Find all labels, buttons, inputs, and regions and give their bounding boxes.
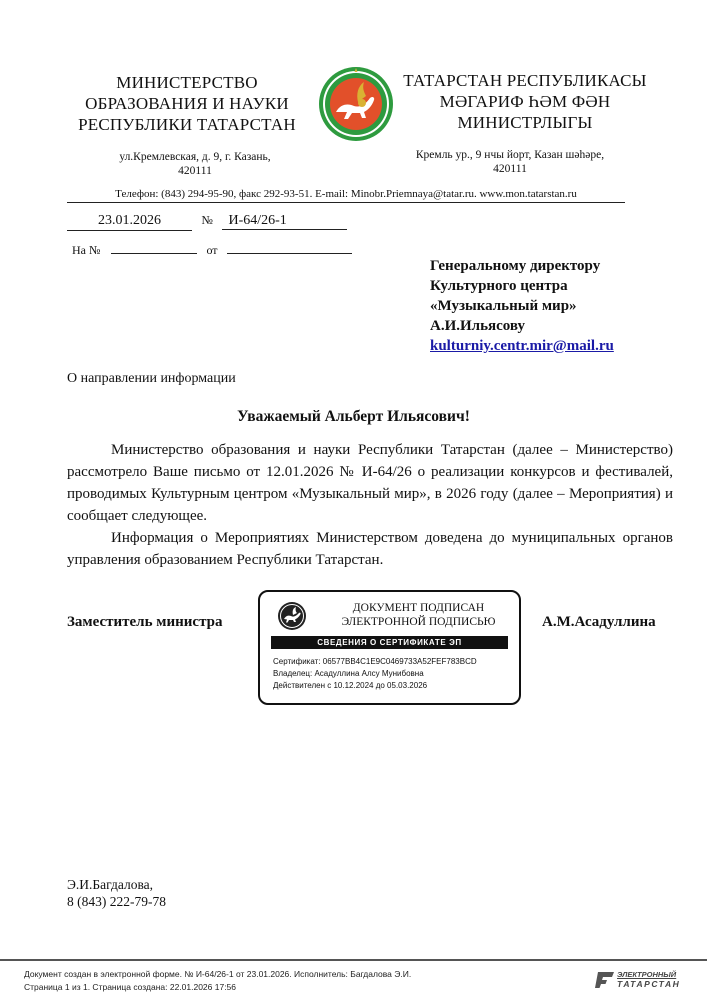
- stamp-heading: ДОКУМЕНТ ПОДПИСАН ЭЛЕКТРОННОЙ ПОДПИСЬЮ: [326, 601, 511, 629]
- address-tt-zip: 420111: [395, 162, 625, 176]
- electronic-signature-stamp: ДОКУМЕНТ ПОДПИСАН ЭЛЕКТРОННОЙ ПОДПИСЬЮ С…: [258, 590, 521, 705]
- address-ru-street: ул.Кремлевская, д. 9, г. Казань,: [90, 150, 300, 164]
- footer-line-2: Страница 1 из 1. Страница создана: 22.01…: [24, 981, 411, 994]
- executor-name: Э.И.Багдалова,: [67, 876, 166, 893]
- ministry-ru-line-3: РЕСПУБЛИКИ ТАТАРСТАН: [62, 114, 312, 135]
- addressee-name: А.И.Ильясову: [430, 316, 614, 336]
- logo-text-bottom: ТАТАРСТАН: [617, 979, 680, 989]
- signer-name: А.М.Асадуллина: [542, 614, 656, 631]
- footer-info: Документ создан в электронной форме. № И…: [24, 968, 411, 994]
- address-tt-street: Кремль ур., 9 нчы йорт, Казан шәһәре,: [395, 148, 625, 162]
- address-tt: Кремль ур., 9 нчы йорт, Казан шәһәре, 42…: [395, 148, 625, 176]
- address-ru-zip: 420111: [90, 164, 300, 178]
- stamp-heading-line-1: ДОКУМЕНТ ПОДПИСАН: [326, 601, 511, 615]
- ministry-ru-line-1: МИНИСТЕРСТВО: [62, 72, 312, 93]
- ministry-tt-line-3: МИНИСТРЛЫГЫ: [400, 112, 650, 133]
- logo-text-top: ЭЛЕКТРОННЫЙ: [617, 970, 676, 979]
- letter-body: Министерство образования и науки Республ…: [67, 439, 673, 571]
- registration-number: И-64/26-1: [222, 213, 347, 230]
- reply-number-field: [111, 240, 197, 254]
- ministry-tt-line-2: МӘГАРИФ ҺӘМ ФӘН: [400, 91, 650, 112]
- reply-from-label: от: [206, 243, 217, 257]
- tatarstan-emblem-icon: [318, 66, 394, 142]
- footer-divider: [0, 959, 707, 961]
- reply-number-label: На №: [72, 243, 100, 257]
- ministry-tt-line-1: ТАТАРСТАН РЕСПУБЛИКАСЫ: [400, 70, 650, 91]
- reply-row: На № от: [72, 240, 352, 258]
- reply-date-field: [227, 240, 352, 254]
- body-paragraph-2: Информация о Мероприятиях Министерством …: [67, 527, 673, 571]
- stamp-emblem-icon: [277, 601, 307, 631]
- number-label: №: [202, 213, 213, 227]
- addressee-email-link[interactable]: kulturniy.centr.mir@mail.ru: [430, 338, 614, 354]
- greeting: Уважаемый Альберт Ильясович!: [0, 408, 707, 426]
- stamp-certificate-bar: СВЕДЕНИЯ О СЕРТИФИКАТЕ ЭП: [271, 636, 508, 649]
- executor-phone: 8 (843) 222-79-78: [67, 893, 166, 910]
- addressee-line-1: Генеральному директору: [430, 256, 614, 276]
- body-paragraph-1: Министерство образования и науки Республ…: [67, 439, 673, 527]
- header-divider: [67, 202, 625, 203]
- stamp-owner: Владелец: Асадуллина Алсу Мунибовна: [273, 668, 477, 680]
- executor-block: Э.И.Багдалова, 8 (843) 222-79-78: [67, 876, 166, 910]
- addressee-block: Генеральному директору Культурного центр…: [430, 256, 614, 356]
- electronic-tatarstan-logo-icon: [595, 971, 615, 989]
- signer-title: Заместитель министра: [67, 614, 222, 631]
- addressee-line-3: «Музыкальный мир»: [430, 296, 614, 316]
- registration-row: 23.01.2026 № И-64/26-1: [67, 213, 347, 231]
- registration-date: 23.01.2026: [67, 213, 192, 231]
- contacts-line: Телефон: (843) 294-95-90, факс 292-93-51…: [67, 188, 625, 200]
- address-ru: ул.Кремлевская, д. 9, г. Казань, 420111: [90, 150, 300, 178]
- footer-line-1: Документ создан в электронной форме. № И…: [24, 968, 411, 981]
- addressee-line-2: Культурного центра: [430, 276, 614, 296]
- subject-line: О направлении информации: [67, 371, 236, 387]
- stamp-certificate: Сертификат: 06577BB4C1E9C0469733A52FEF78…: [273, 656, 477, 668]
- ministry-ru-line-2: ОБРАЗОВАНИЯ И НАУКИ: [62, 93, 312, 114]
- stamp-details: Сертификат: 06577BB4C1E9C0469733A52FEF78…: [273, 656, 477, 692]
- electronic-tatarstan-logo: ЭЛЕКТРОННЫЙ ТАТАРСТАН: [595, 970, 685, 992]
- ministry-name-ru: МИНИСТЕРСТВО ОБРАЗОВАНИЯ И НАУКИ РЕСПУБЛ…: [62, 72, 312, 135]
- stamp-heading-line-2: ЭЛЕКТРОННОЙ ПОДПИСЬЮ: [326, 615, 511, 629]
- stamp-validity: Действителен с 10.12.2024 до 05.03.2026: [273, 680, 477, 692]
- ministry-name-tt: ТАТАРСТАН РЕСПУБЛИКАСЫ МӘГАРИФ ҺӘМ ФӘН М…: [400, 70, 650, 133]
